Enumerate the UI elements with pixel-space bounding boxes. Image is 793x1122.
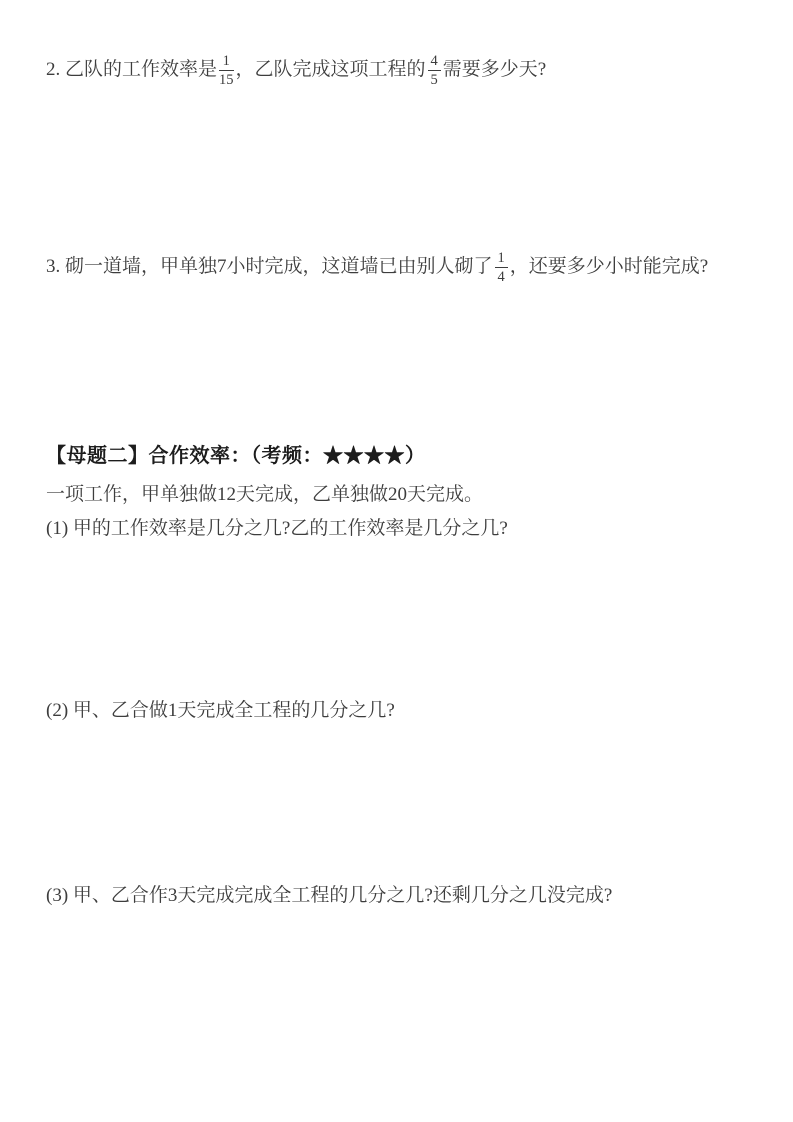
- section-intro: 一项工作，甲单独做12天完成，乙单独做20天完成。: [46, 483, 483, 506]
- problem-3-text-2: ，还要多少小时能完成?: [510, 256, 708, 277]
- worksheet-page: 2. 乙队的工作效率是115，乙队完成这项工程的45需要多少天? 3. 砌一道墙…: [0, 0, 793, 1122]
- subquestion-3: (3) 甲、乙合作3天完成完成全工程的几分之几?还剩几分之几没完成?: [46, 884, 612, 907]
- fraction-1-4: 14: [495, 250, 508, 285]
- problem-2-text-1: 2. 乙队的工作效率是: [46, 59, 217, 80]
- fraction-denominator: 5: [428, 71, 441, 88]
- problem-2: 2. 乙队的工作效率是115，乙队完成这项工程的45需要多少天?: [46, 50, 546, 90]
- fraction-numerator: 1: [495, 250, 508, 268]
- problem-2-text-2: ，乙队完成这项工程的: [236, 59, 426, 80]
- section-heading: 【母题二】合作效率：（考频：★★★★）: [46, 444, 426, 469]
- subquestion-1: (1) 甲的工作效率是几分之几?乙的工作效率是几分之几?: [46, 517, 508, 540]
- fraction-4-5: 45: [428, 53, 441, 88]
- fraction-1-15: 115: [219, 53, 234, 88]
- problem-3: 3. 砌一道墙，甲单独7小时完成，这道墙已由别人砌了14，还要多少小时能完成?: [46, 247, 708, 287]
- subquestion-2: (2) 甲、乙合做1天完成全工程的几分之几?: [46, 699, 395, 722]
- fraction-denominator: 15: [219, 71, 234, 88]
- problem-2-text-3: 需要多少天?: [443, 59, 546, 80]
- fraction-numerator: 4: [428, 53, 441, 71]
- fraction-denominator: 4: [495, 268, 508, 285]
- fraction-numerator: 1: [219, 53, 234, 71]
- problem-3-text-1: 3. 砌一道墙，甲单独7小时完成，这道墙已由别人砌了: [46, 256, 493, 277]
